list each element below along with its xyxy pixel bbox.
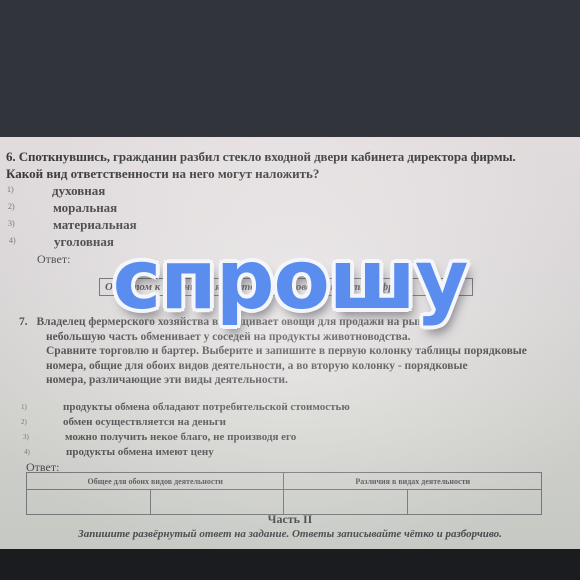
question-6-option-3: 3) материальная — [53, 217, 137, 233]
option-number: 1) — [7, 185, 14, 194]
question-7-option-4: 4) продукты обмена имеют цену — [66, 446, 214, 458]
question-7-line-3: Сравните торговлю и бартер. Выберите и з… — [19, 344, 559, 359]
option-number: 3) — [23, 433, 29, 441]
table-header-differences: Различия в видах деятельности — [284, 473, 542, 490]
photo-bottom-edge — [0, 549, 580, 580]
option-text: материальная — [53, 217, 137, 232]
question-6-option-1: 1) духовная — [52, 183, 105, 199]
answer-cell-diff-2[interactable] — [408, 490, 542, 515]
question-7-line-1: Владелец фермерского хозяйства выращивае… — [37, 316, 439, 328]
question-6-answer-label: Ответ: — [37, 252, 70, 267]
option-number: 1) — [21, 403, 27, 411]
option-text: продукты обмена имеют цену — [66, 446, 214, 458]
option-text: продукты обмена обладают потребительской… — [63, 401, 350, 413]
part-2-heading: Часть II — [0, 512, 580, 527]
answer-cell-common-2[interactable] — [150, 490, 284, 515]
question-6-option-4: 4) уголовная — [54, 234, 114, 250]
option-text: моральная — [53, 200, 117, 215]
option-number: 3) — [8, 219, 15, 228]
question-7-option-2: 2) обмен осуществляется на деньги — [63, 416, 226, 428]
question-7-line-5: номера, различающие эти виды деятельност… — [19, 373, 559, 388]
question-7-line-2: небольшую часть обменивает у соседей на … — [19, 330, 559, 345]
question-7: 7. Владелец фермерского хозяйства выращи… — [19, 315, 559, 388]
question-6-line-2: Какой вид ответственности на него могут … — [6, 166, 319, 182]
answer-cell-diff-1[interactable] — [284, 490, 408, 515]
question-6-text: Споткнувшись, гражданин разбил стекло вх… — [19, 149, 516, 164]
table-row — [27, 490, 542, 515]
part-2-instruction: Запишите развёрнутый ответ на задание. О… — [40, 527, 540, 541]
option-number: 4) — [24, 448, 30, 456]
question-6-option-2: 2) моральная — [53, 200, 117, 216]
instruction-box-obscured: Ответом к заданию 7 является последовате… — [99, 278, 473, 296]
question-7-line-4: номера, общие для обоих видов деятельнос… — [19, 359, 559, 374]
answer-table: Общее для обоих видов деятельности Разли… — [26, 472, 542, 515]
question-7-option-3: 3) можно получить некое благо, не произв… — [65, 431, 296, 443]
question-7-number: 7. — [19, 316, 28, 328]
answer-cell-common-1[interactable] — [27, 490, 151, 515]
question-7-option-1: 1) продукты обмена обладают потребительс… — [63, 401, 350, 413]
exam-sheet: 6. Споткнувшись, гражданин разбил стекло… — [0, 137, 580, 549]
option-text: обмен осуществляется на деньги — [63, 416, 226, 428]
option-number: 2) — [21, 418, 27, 426]
option-number: 4) — [9, 236, 16, 245]
option-text: можно получить некое благо, не производя… — [65, 431, 296, 443]
option-number: 2) — [8, 202, 15, 211]
table-header-common: Общее для обоих видов деятельности — [27, 473, 284, 490]
question-6-line-1: 6. Споткнувшись, гражданин разбил стекло… — [6, 149, 516, 165]
option-text: уголовная — [54, 234, 114, 249]
question-6-number: 6. — [6, 149, 16, 164]
option-text: духовная — [52, 183, 105, 198]
